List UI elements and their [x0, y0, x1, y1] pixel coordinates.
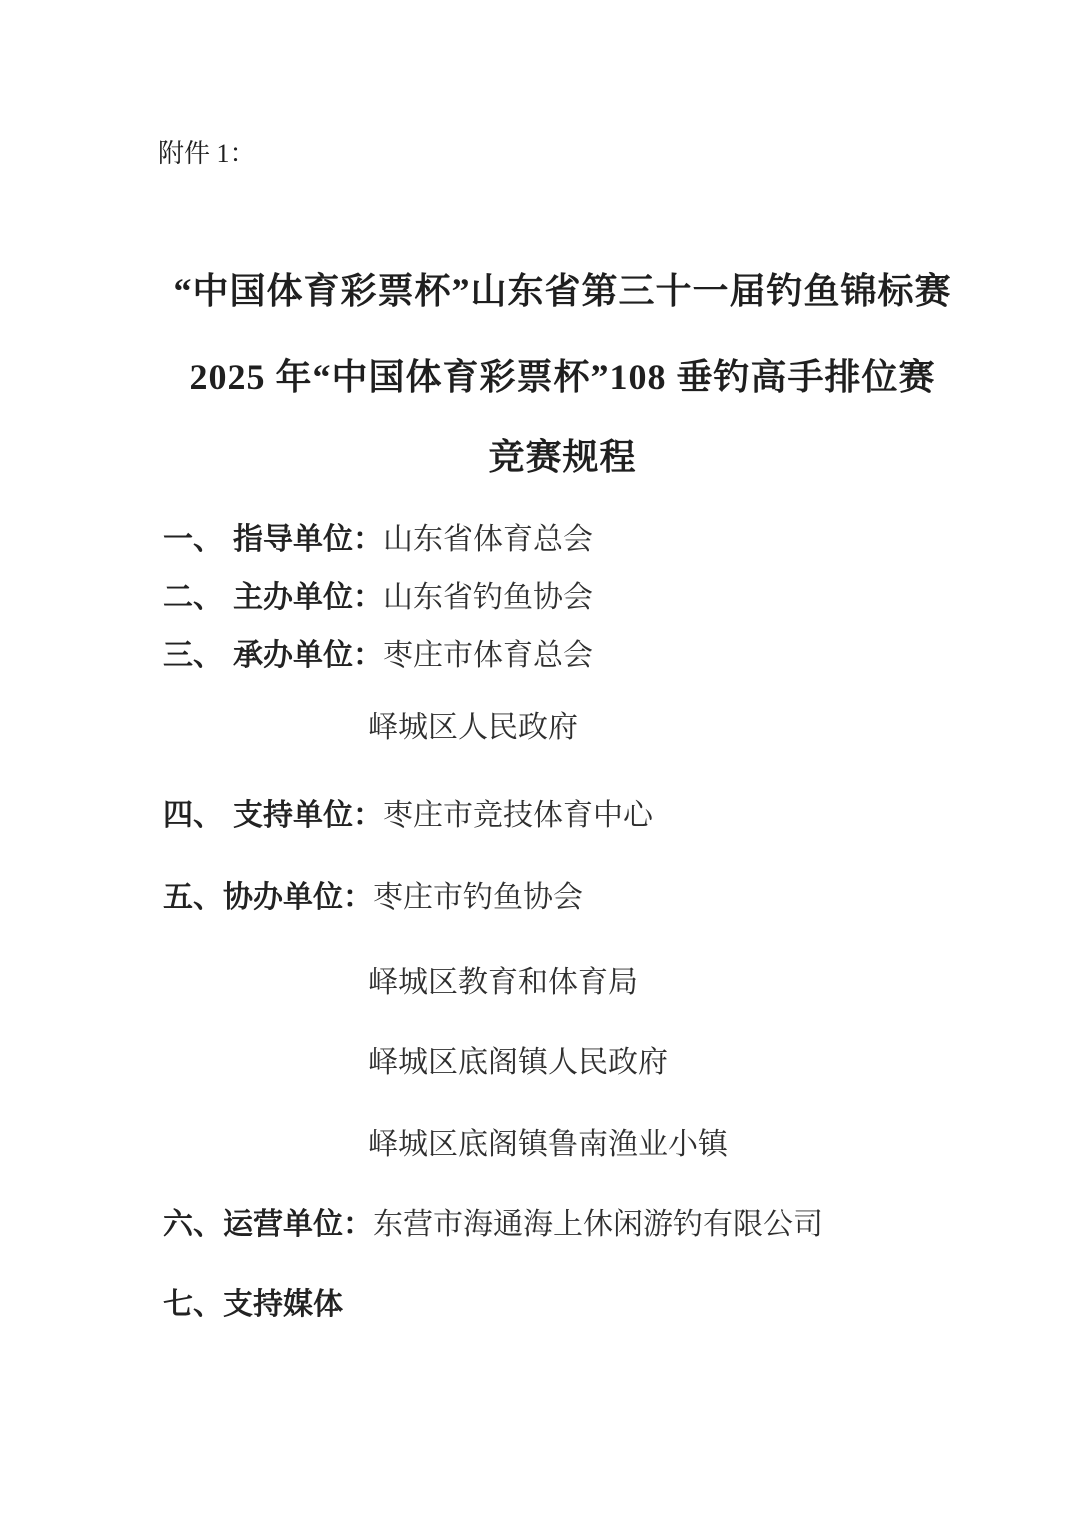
continuation-line-co-organizer: 峄城区教育和体育局	[368, 965, 638, 1001]
document-title-line-3: 竞赛规程	[160, 436, 965, 479]
item-marker: 二、	[163, 581, 223, 614]
list-item-guiding-unit: 一、指导单位：山东省体育总会	[163, 522, 593, 558]
continuation-line-organizing-unit: 峄城区人民政府	[368, 710, 578, 746]
item-marker: 一、	[163, 523, 223, 556]
attachment-label: 附件 1：	[158, 138, 256, 169]
item-label: 支持媒体	[223, 1288, 343, 1321]
document-page: 附件 1： “中国体育彩票杯”山东省第三十一届钓鱼锦标赛 2025 年“中国体育…	[0, 0, 1080, 1527]
list-item-operating-unit: 六、运营单位：东营市海通海上休闲游钓有限公司	[163, 1207, 823, 1243]
item-value: 东营市海通海上休闲游钓有限公司	[373, 1208, 823, 1241]
item-label: 指导单位：	[233, 523, 383, 556]
document-title-line-2: 2025 年“中国体育彩票杯”108 垂钓高手排位赛	[160, 356, 965, 399]
item-marker: 五、	[163, 881, 223, 914]
item-value: 枣庄市竞技体育中心	[383, 799, 653, 832]
item-marker: 七、	[163, 1288, 223, 1321]
item-value: 枣庄市体育总会	[383, 639, 593, 672]
continuation-line-co-organizer: 峄城区底阁镇人民政府	[368, 1045, 668, 1081]
item-label: 协办单位：	[223, 881, 373, 914]
item-label: 主办单位：	[233, 581, 383, 614]
item-value: 山东省钓鱼协会	[383, 581, 593, 614]
list-item-host-unit: 二、主办单位：山东省钓鱼协会	[163, 580, 593, 616]
list-item-supporting-media: 七、支持媒体	[163, 1287, 343, 1323]
item-marker: 四、	[163, 799, 223, 832]
list-item-co-organizer: 五、协办单位：枣庄市钓鱼协会	[163, 880, 583, 916]
item-marker: 三、	[163, 639, 223, 672]
item-value: 山东省体育总会	[383, 523, 593, 556]
continuation-line-co-organizer: 峄城区底阁镇鲁南渔业小镇	[368, 1127, 728, 1163]
list-item-organizing-unit: 三、承办单位：枣庄市体育总会	[163, 638, 593, 674]
item-label: 支持单位：	[233, 799, 383, 832]
item-marker: 六、	[163, 1208, 223, 1241]
item-label: 承办单位：	[233, 639, 383, 672]
item-label: 运营单位：	[223, 1208, 373, 1241]
list-item-support-unit: 四、支持单位：枣庄市竞技体育中心	[163, 798, 653, 834]
document-title-line-1: “中国体育彩票杯”山东省第三十一届钓鱼锦标赛	[160, 270, 965, 313]
item-value: 枣庄市钓鱼协会	[373, 881, 583, 914]
